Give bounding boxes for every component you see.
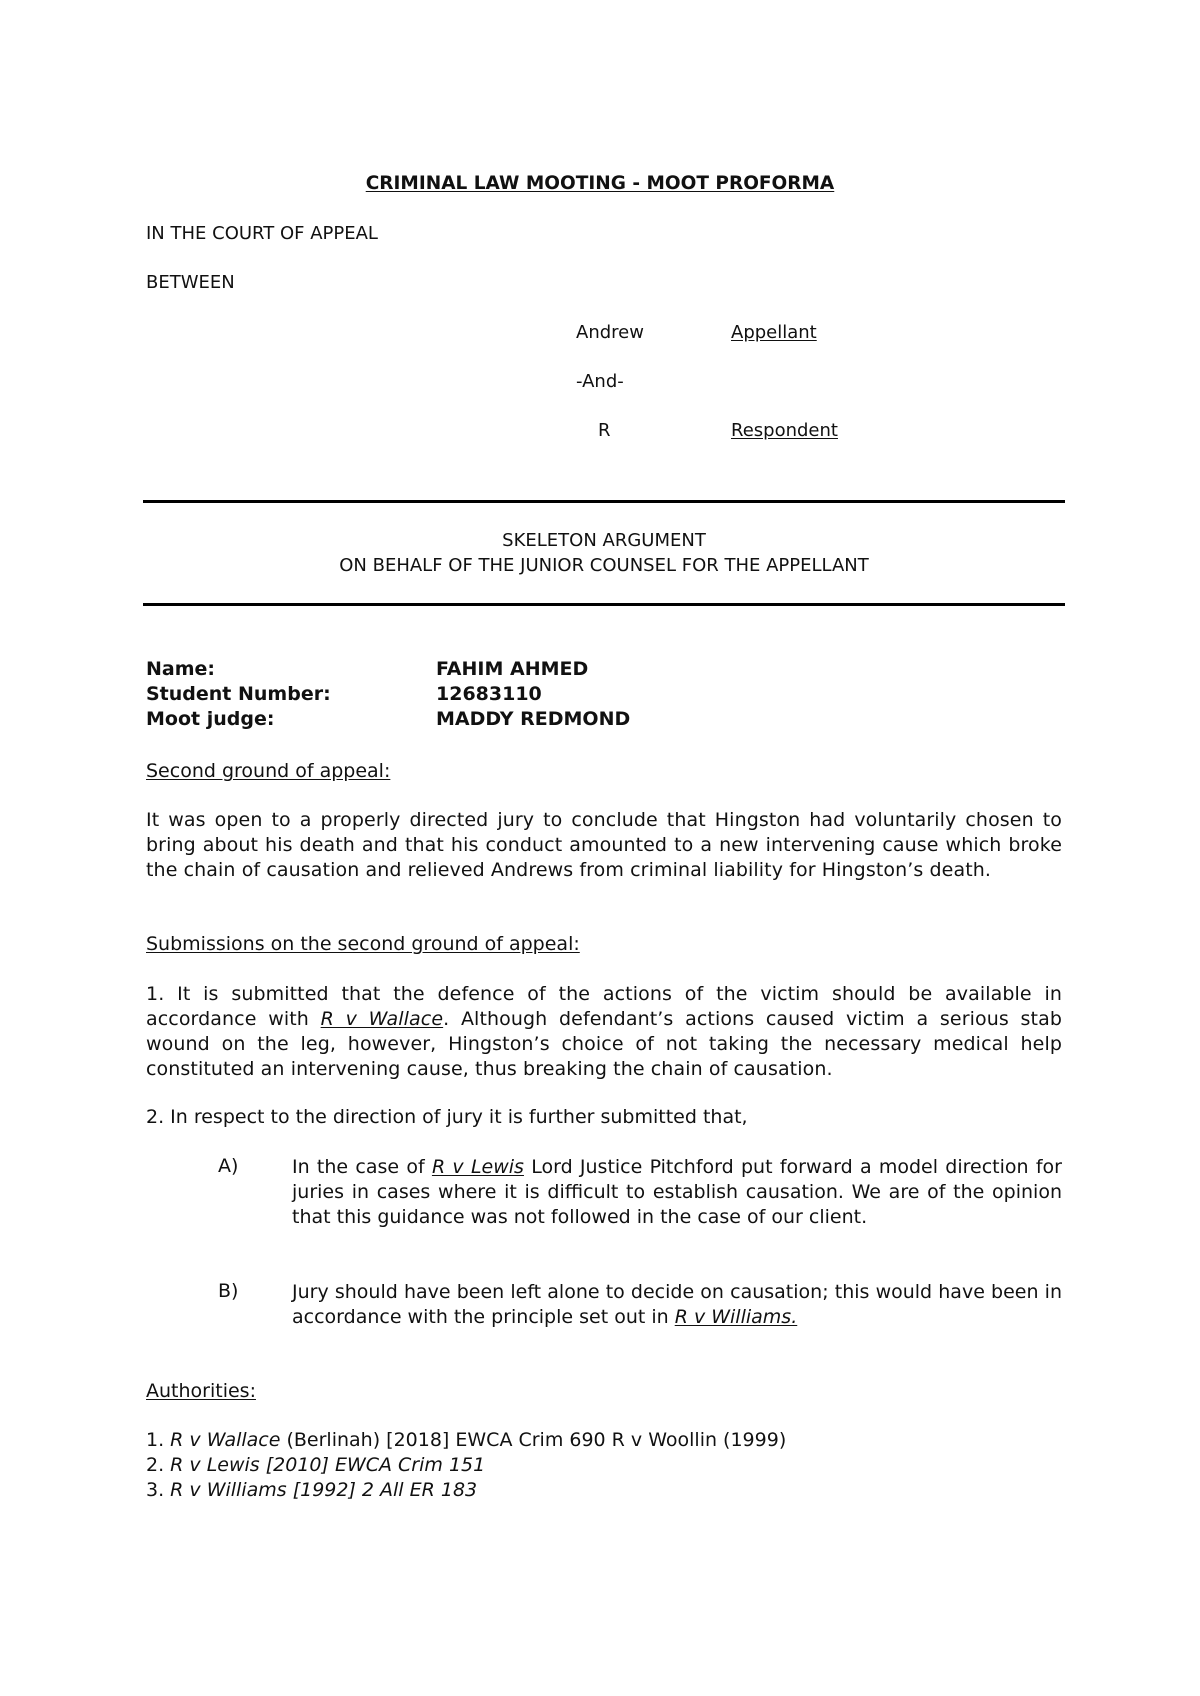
authority-number: 2.	[146, 1454, 170, 1476]
authority-case: R v Wallace	[170, 1429, 280, 1451]
case-citation: R v Williams.	[675, 1306, 798, 1328]
case-citation: R v Lewis	[432, 1156, 524, 1178]
document-title: CRIMINAL LAW MOOTING - MOOT PROFORMA	[0, 173, 1200, 194]
subpoint-marker: A)	[218, 1155, 238, 1177]
detail-value: FAHIM AHMED	[436, 658, 588, 680]
respondent-role: Respondent	[731, 420, 838, 441]
between-label: BETWEEN	[146, 272, 235, 293]
subpoint-a: In the case of R v Lewis Lord Justice Pi…	[292, 1155, 1062, 1230]
authority-number: 3.	[146, 1479, 170, 1501]
ground-heading: Second ground of appeal:	[146, 760, 390, 782]
submission-point-1: 1. It is submitted that the defence of t…	[146, 982, 1062, 1082]
authority-citation: (Berlinah) [2018] EWCA Crim 690 R v Wool…	[280, 1429, 786, 1451]
bottom-divider	[143, 603, 1065, 606]
authority-item: 1. R v Wallace (Berlinah) [2018] EWCA Cr…	[146, 1428, 786, 1453]
court-name: IN THE COURT OF APPEAL	[146, 223, 378, 244]
authority-case: R v Lewis [2010] EWCA Crim 151	[170, 1454, 485, 1476]
submission-point-2: 2. In respect to the direction of jury i…	[146, 1106, 748, 1128]
authority-item: 2. R v Lewis [2010] EWCA Crim 151	[146, 1453, 485, 1478]
detail-label: Student Number:	[146, 683, 331, 705]
authority-number: 1.	[146, 1429, 170, 1451]
subpoint-b: Jury should have been left alone to deci…	[292, 1280, 1062, 1330]
appellant-name: Andrew	[576, 322, 644, 343]
subpoint-marker: B)	[218, 1280, 238, 1302]
authority-item: 3. R v Williams [1992] 2 All ER 183	[146, 1478, 477, 1503]
detail-label: Moot judge:	[146, 708, 274, 730]
submissions-heading: Submissions on the second ground of appe…	[146, 933, 580, 955]
document-page: CRIMINAL LAW MOOTING - MOOT PROFORMA IN …	[0, 0, 1200, 1696]
ground-text: It was open to a properly directed jury …	[146, 808, 1062, 883]
appellant-role: Appellant	[731, 322, 817, 343]
subpoint-text: In the case of	[292, 1156, 432, 1178]
heading-line-1: SKELETON ARGUMENT	[143, 530, 1065, 551]
authorities-heading: Authorities:	[146, 1380, 256, 1402]
case-citation: R v Wallace	[321, 1008, 443, 1030]
top-divider	[143, 500, 1065, 503]
detail-value: MADDY REDMOND	[436, 708, 630, 730]
detail-label: Name:	[146, 658, 215, 680]
authority-case: R v Williams [1992] 2 All ER 183	[170, 1479, 477, 1501]
detail-value: 12683110	[436, 683, 542, 705]
parties-separator: -And-	[576, 371, 624, 392]
heading-line-2: ON BEHALF OF THE JUNIOR COUNSEL FOR THE …	[143, 555, 1065, 576]
respondent-name: R	[598, 420, 611, 441]
